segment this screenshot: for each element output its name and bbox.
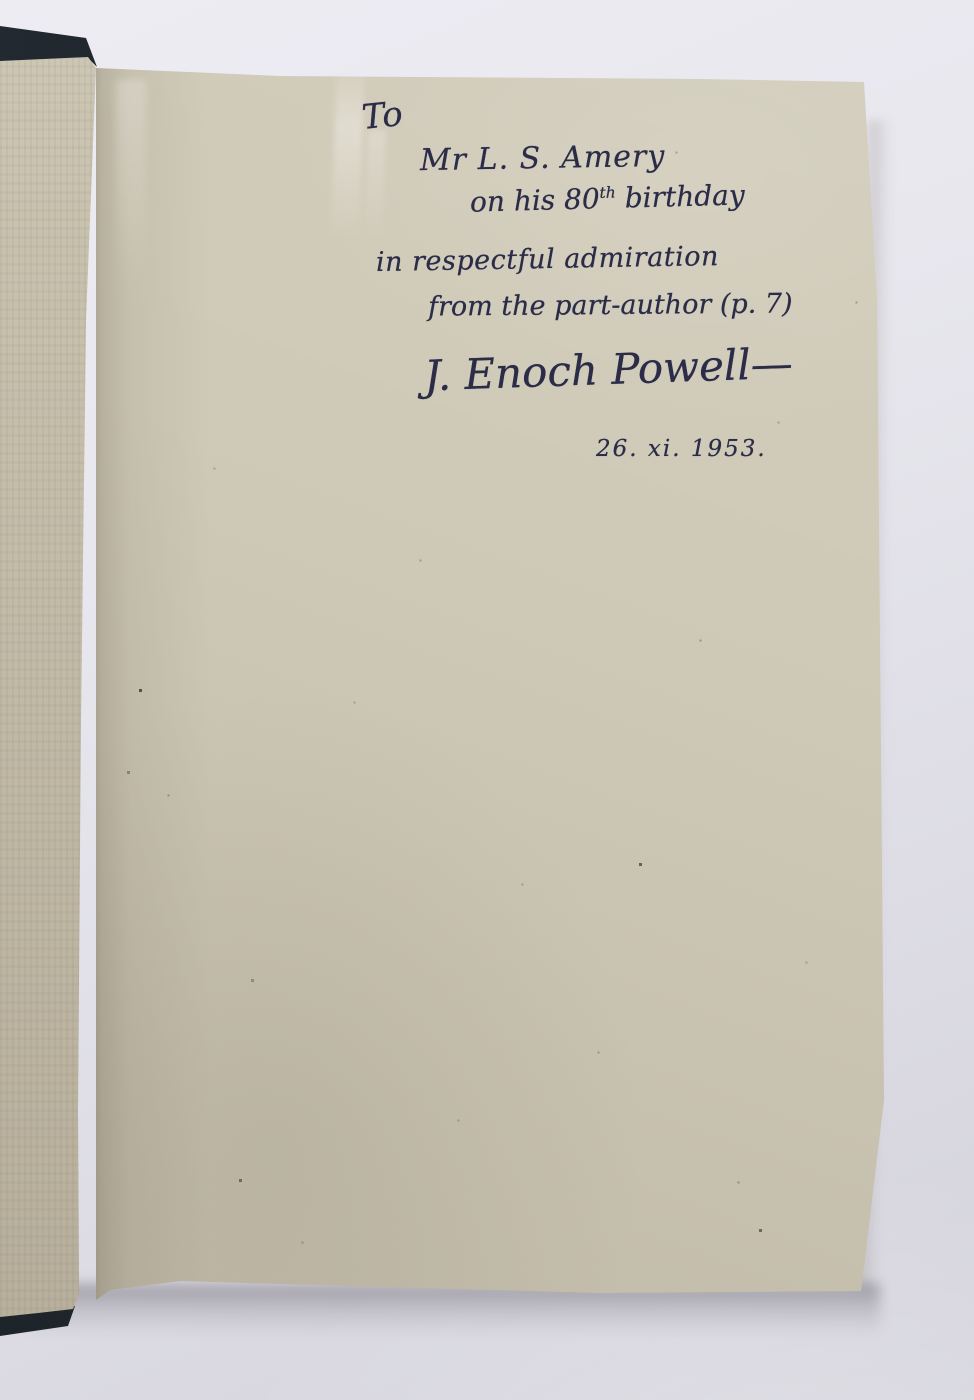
book-inscription-photo: To Mr L. S. Amery on his 80th birthday i…	[0, 0, 974, 1400]
inscription-date: 26. xi. 1953.	[596, 436, 767, 462]
inscribed-endpaper: To Mr L. S. Amery on his 80th birthday i…	[0, 0, 974, 1400]
paper-stain-streak	[331, 68, 365, 239]
inscription-signature: J. Enoch Powell—	[423, 339, 793, 401]
paper-stain-streak	[364, 130, 386, 241]
paper-stain-streak	[116, 80, 146, 290]
inscription-recipient: Mr L. S. Amery	[420, 139, 666, 178]
inscription-occasion: on his 80th birthday	[470, 178, 745, 218]
signature-flourish: —	[750, 339, 794, 389]
signature-name: J. Enoch Powell	[423, 340, 751, 400]
inscription-occasion-ordinal: th	[599, 183, 616, 201]
inscription-salutation: To	[360, 94, 404, 138]
inscription-occasion-text: on his 80	[470, 182, 601, 218]
inscription-sentiment: in respectful admiration	[376, 241, 719, 278]
inscription-attribution: from the part-author (p. 7)	[428, 288, 793, 322]
inscription-occasion-text: birthday	[615, 178, 745, 214]
